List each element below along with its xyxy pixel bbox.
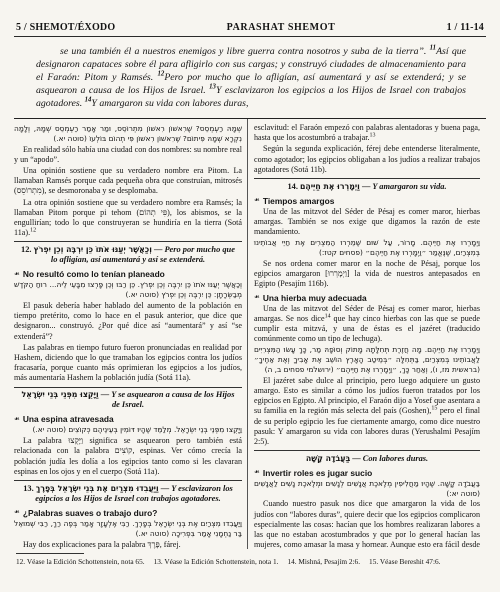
commentary-paragraph: El jazéret sabe dulce al principio, pero… bbox=[254, 376, 480, 447]
commentary-paragraph: Cuando nuestro pasuk nos dice que amarga… bbox=[254, 499, 480, 549]
header-rule bbox=[14, 36, 486, 37]
page-number-chapter: 5 / SHEMOT/ÉXODO bbox=[16, 22, 115, 33]
commentary-paragraph: La otra opinión sostiene que su verdader… bbox=[14, 198, 242, 239]
section-ornament-icon: ❧ bbox=[14, 416, 20, 423]
commentary-paragraph: Se nos ordena comer maror en la noche de… bbox=[254, 259, 480, 290]
verse-phrase-hebrew: בַּעֲבֹדָה קָשָׁה bbox=[306, 454, 350, 463]
section-ornament-icon: ❧ bbox=[14, 271, 20, 278]
footnote-15: 15. Véase Bereshit 47:6. bbox=[369, 557, 440, 566]
book-page: 5 / SHEMOT/ÉXODO PARASHAT SHEMOT 1 / 11-… bbox=[0, 0, 500, 592]
verse-range: 1 / 11-14 bbox=[447, 22, 484, 33]
translation-v14: Y amargaron su vida con labores duras, bbox=[91, 98, 248, 109]
talmud-quote: וַיְמָרְרוּ אֶת חַיֵּיהֶם. מָרוֹר, עַל ש… bbox=[254, 238, 480, 258]
commentary-paragraph: esclavitud: el Faraón empezó con palabra… bbox=[254, 123, 480, 143]
commentary-paragraph: El pasuk debería haber hablado del aumen… bbox=[14, 301, 242, 342]
section-ornament-icon: ❧ bbox=[14, 509, 20, 516]
commentary-paragraph: Las palabras en tiempo futuro fueron pro… bbox=[14, 343, 242, 384]
section-title: No resultó como lo tenían planeado bbox=[23, 269, 165, 279]
section-title: Una hierba muy adecuada bbox=[263, 293, 367, 303]
verse-number-13: 13 bbox=[209, 84, 216, 91]
commentary-paragraph: Según la segunda explicación, férej debe… bbox=[254, 144, 480, 175]
page-header: 5 / SHEMOT/ÉXODO PARASHAT SHEMOT 1 / 11-… bbox=[14, 22, 486, 36]
section-header: ❧ No resultó como lo tenían planeado bbox=[14, 269, 242, 279]
talmud-quote: וַיַּעֲבִדוּ מִצְרַיִם אֶת בְּנֵי יִשְׂר… bbox=[14, 519, 242, 539]
verse-14-translation: Y amargaron su vida. bbox=[372, 182, 446, 191]
verse-12-hebrew: וְכַאֲשֶׁר יְעַנּוּ אֹתוֹ כֵּן יִרְבֶּה … bbox=[34, 245, 152, 254]
footnote-divider bbox=[16, 553, 84, 554]
section-ornament-icon: ❧ bbox=[254, 197, 260, 204]
parashah-title: PARASHAT SHEMOT bbox=[227, 22, 336, 33]
talmud-quote: בַּעֲבֹדָה קָשָׁה. שֶׁהָיוּ מַחֲלִיפִין … bbox=[254, 479, 480, 499]
section-title: ¿Palabras suaves o trabajo duro? bbox=[23, 508, 158, 518]
left-column: שְׁמָהּ רַעְמְסֵס? שֶׁרִאשׁוֹן רִאשׁוֹן … bbox=[14, 119, 247, 549]
verse-phrase-header: וַיָּקֻצוּ מִפְּנֵי בְּנֵי יִשְׂרָאֵל — … bbox=[14, 387, 242, 412]
talmud-quote: וְכַאֲשֶׁר יְעַנּוּ אֹתוֹ כֵּן יִרְבֶּה … bbox=[14, 280, 242, 300]
verse-phrase-header: בַּעֲבֹדָה קָשָׁה — Con labores duras. bbox=[254, 450, 480, 465]
footnote-13: 13. Véase la Edición Schottenstein, nota… bbox=[154, 557, 279, 566]
section-ornament-icon: ❧ bbox=[254, 294, 260, 301]
commentary-paragraph: Una de las mitzvot del Séder de Pésaj es… bbox=[254, 207, 480, 238]
footnote-ref-12: 12 bbox=[30, 228, 36, 234]
verse-12-header: 12. וְכַאֲשֶׁר יְעַנּוּ אֹתוֹ כֵּן יִרְב… bbox=[14, 241, 242, 266]
section-title: Invertir roles es jugar sucio bbox=[263, 468, 372, 478]
section-header: ❧ ¿Palabras suaves o trabajo duro? bbox=[14, 508, 242, 518]
commentary-paragraph: Una de las mitzvot del Séder de Pésaj es… bbox=[254, 304, 480, 345]
verse-phrase-translation: Y se asquearon a causa de los Hijos de I… bbox=[111, 390, 234, 409]
commentary-paragraph: La palabra וַיָּקֻצוּ significa se asque… bbox=[14, 436, 242, 477]
section-ornament-icon: ❧ bbox=[254, 469, 260, 476]
commentary-paragraph: En realidad sólo había una ciudad con do… bbox=[14, 145, 242, 165]
footnote-12: 12. Véase la Edición Schottenstein, nota… bbox=[16, 557, 145, 566]
verse-phrase-translation: Con labores duras. bbox=[363, 454, 428, 463]
torah-translation: se una también él a nuestros enemigos y … bbox=[36, 45, 466, 110]
verse-13-hebrew: וַיַּעֲבִדוּ מִצְרַיִם אֶת בְּנֵי יִשְׂר… bbox=[36, 484, 159, 493]
talmud-quote: וַיְמָרְרוּ אֶת חַיֵּיהֶם. מָה חֲזֶרֶת ת… bbox=[254, 345, 480, 374]
commentary-paragraph: Hay dos explicaciones para la palabra פּ… bbox=[14, 540, 242, 549]
verse-14-header: 14. וַיְמָרְרוּ אֶת חַיֵּיהֶם — Y amarga… bbox=[254, 178, 480, 193]
translation-opening: se una también él a nuestros enemigos y … bbox=[60, 46, 426, 57]
commentary-columns: שְׁמָהּ רַעְמְסֵס? שֶׁרִאשׁוֹן רִאשׁוֹן … bbox=[14, 119, 486, 549]
commentary-paragraph: Una opinión sostiene que su verdadero no… bbox=[14, 166, 242, 197]
verse-phrase-hebrew: וַיָּקֻצוּ מִפְּנֵי בְּנֵי יִשְׂרָאֵל bbox=[22, 390, 99, 399]
section-header: ❧ Una espina atravesada bbox=[14, 414, 242, 424]
talmud-quote: שְׁמָהּ רַעְמְסֵס? שֶׁרִאשׁוֹן רִאשׁוֹן … bbox=[14, 124, 242, 144]
verse-13-header: 13. וַיַּעֲבִדוּ מִצְרַיִם אֶת בְּנֵי יִ… bbox=[14, 480, 242, 505]
footnote-ref-13: 13 bbox=[370, 133, 376, 139]
footnote-14: 14. Mishná, Pesajím 2:6. bbox=[287, 557, 360, 566]
verse-14-hebrew: וַיְמָרְרוּ אֶת חַיֵּיהֶם bbox=[300, 182, 360, 191]
section-header: ❧ Tiempos amargos bbox=[254, 196, 480, 206]
right-column: esclavitud: el Faraón empezó con palabra… bbox=[247, 119, 480, 549]
section-header: ❧ Una hierba muy adecuada bbox=[254, 293, 480, 303]
talmud-quote: וַיָּקֻצוּ מִפְּנֵי בְּנֵי יִשְׂרָאֵל. מ… bbox=[14, 425, 242, 435]
section-title: Tiempos amargos bbox=[263, 196, 335, 206]
footnotes: 12. Véase la Edición Schottenstein, nota… bbox=[14, 557, 486, 566]
section-title: Una espina atravesada bbox=[23, 414, 114, 424]
section-header: ❧ Invertir roles es jugar sucio bbox=[254, 468, 480, 478]
